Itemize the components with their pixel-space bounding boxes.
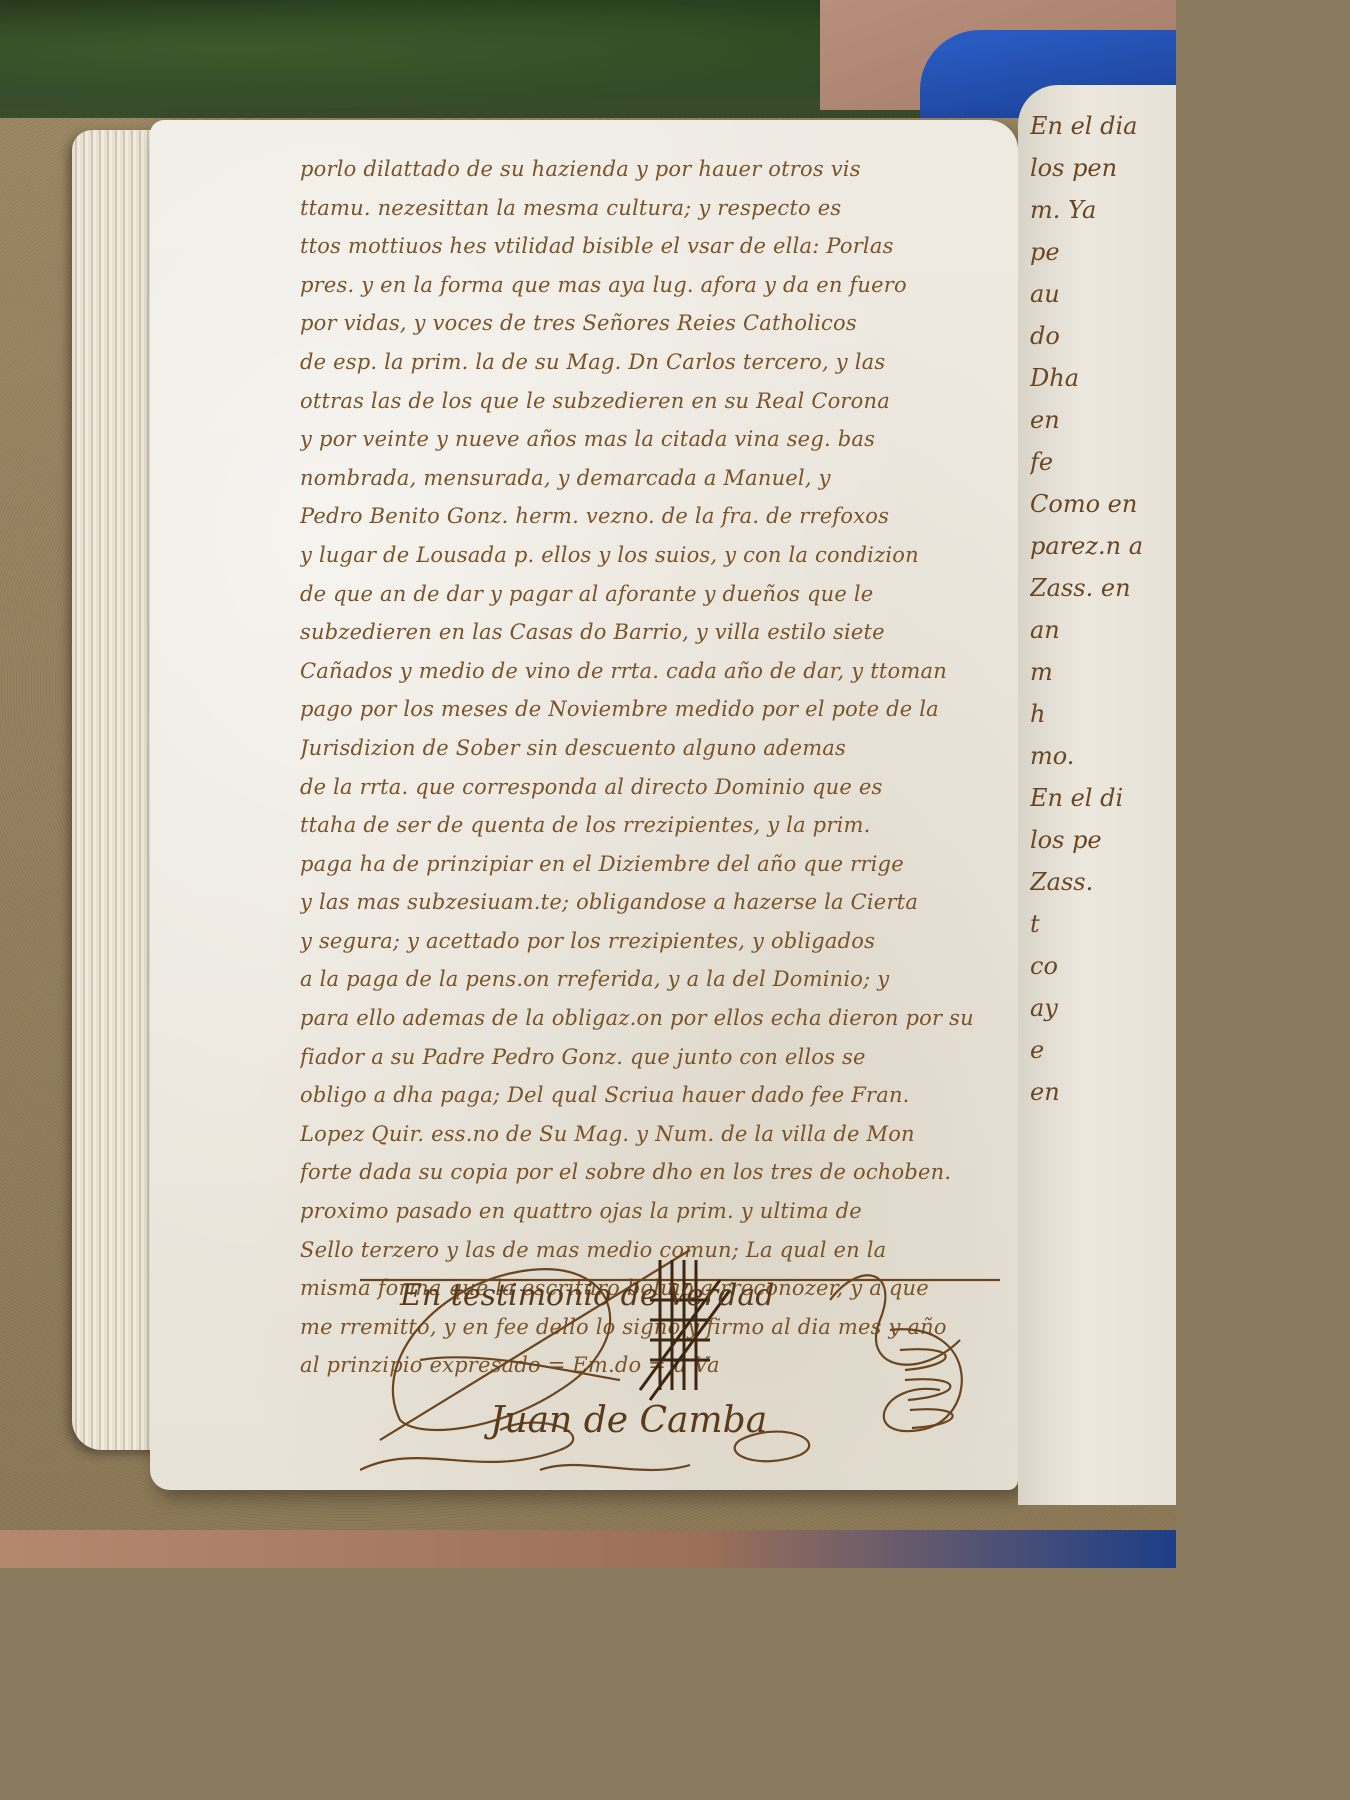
- manuscript-line: pago por los meses de Noviembre medido p…: [300, 690, 1000, 729]
- manuscript-line: paga ha de prinzipiar en el Diziembre de…: [300, 845, 1000, 884]
- manuscript-line: porlo dilattado de su hazienda y por hau…: [300, 150, 1000, 189]
- manuscript-line: y segura; y acettado por los rrezipiente…: [300, 922, 1000, 961]
- manuscript-line: los pen: [1030, 147, 1176, 189]
- manuscript-line: pe: [1030, 231, 1176, 273]
- manuscript-line: de esp. la prim. la de su Mag. Dn Carlos…: [300, 343, 1000, 382]
- signer-name: Juan de Camba: [490, 1400, 767, 1441]
- manuscript-line: Pedro Benito Gonz. herm. vezno. de la fr…: [300, 497, 1000, 536]
- manuscript-line: m. Ya: [1030, 189, 1176, 231]
- manuscript-line: y por veinte y nueve años mas la citada …: [300, 420, 1000, 459]
- manuscript-line: ottras las de los que le subzedieren en …: [300, 382, 1000, 421]
- manuscript-line: ttaha de ser de quenta de los rrezipient…: [300, 806, 1000, 845]
- rubric-flourishes-icon: [360, 1240, 1000, 1480]
- manuscript-line: de la rrta. que corresponda al directo D…: [300, 768, 1000, 807]
- manuscript-line: t: [1030, 903, 1176, 945]
- manuscript-line: Zass. en: [1030, 567, 1176, 609]
- manuscript-line: parez.n a: [1030, 525, 1176, 567]
- attestation-text: En testimonio de Verdad: [400, 1278, 774, 1313]
- right-page-text: En el dia los pen m. Ya pe au do Dha en …: [1030, 105, 1176, 1113]
- manuscript-line: y las mas subzesiuam.te; obligandose a h…: [300, 883, 1000, 922]
- manuscript-line: mo.: [1030, 735, 1176, 777]
- manuscript-line: Como en: [1030, 483, 1176, 525]
- manuscript-line: an: [1030, 609, 1176, 651]
- manuscript-line: au: [1030, 273, 1176, 315]
- manuscript-line: fe: [1030, 441, 1176, 483]
- manuscript-line: proximo pasado en quattro ojas la prim. …: [300, 1192, 1000, 1231]
- left-page-text: porlo dilattado de su hazienda y por hau…: [300, 150, 1000, 1385]
- manuscript-line: ttos mottiuos hes vtilidad bisible el vs…: [300, 227, 1000, 266]
- manuscript-line: Zass.: [1030, 861, 1176, 903]
- manuscript-line: m: [1030, 651, 1176, 693]
- manuscript-line: y lugar de Lousada p. ellos y los suios,…: [300, 536, 1000, 575]
- signature-block: En testimonio de Verdad Juan de Camba: [360, 1240, 1000, 1480]
- manuscript-line: co: [1030, 945, 1176, 987]
- manuscript-line: En el di: [1030, 777, 1176, 819]
- manuscript-line: en: [1030, 399, 1176, 441]
- manuscript-line: ttamu. nezesittan la mesma cultura; y re…: [300, 189, 1000, 228]
- manuscript-line: nombrada, mensurada, y demarcada a Manue…: [300, 459, 1000, 498]
- manuscript-line: los pe: [1030, 819, 1176, 861]
- manuscript-line: ay: [1030, 987, 1176, 1029]
- manuscript-line: En el dia: [1030, 105, 1176, 147]
- manuscript-line: Cañados y medio de vino de rrta. cada añ…: [300, 652, 1000, 691]
- manuscript-line: obligo a dha paga; Del qual Scriua hauer…: [300, 1076, 1000, 1115]
- manuscript-line: fiador a su Padre Pedro Gonz. que junto …: [300, 1038, 1000, 1077]
- floor-strip: [0, 1530, 1176, 1568]
- manuscript-line: de que an de dar y pagar al aforante y d…: [300, 575, 1000, 614]
- manuscript-line: Jurisdizion de Sober sin descuento algun…: [300, 729, 1000, 768]
- manuscript-line: Lopez Quir. ess.no de Su Mag. y Num. de …: [300, 1115, 1000, 1154]
- manuscript-line: en: [1030, 1071, 1176, 1113]
- manuscript-line: subzedieren en las Casas do Barrio, y vi…: [300, 613, 1000, 652]
- manuscript-line: para ello ademas de la obligaz.on por el…: [300, 999, 1000, 1038]
- manuscript-line: pres. y en la forma que mas aya lug. afo…: [300, 266, 1000, 305]
- manuscript-line: a la paga de la pens.on rreferida, y a l…: [300, 960, 1000, 999]
- manuscript-line: do: [1030, 315, 1176, 357]
- manuscript-line: por vidas, y voces de tres Señores Reies…: [300, 304, 1000, 343]
- manuscript-line: forte dada su copia por el sobre dho en …: [300, 1153, 1000, 1192]
- manuscript-line: e: [1030, 1029, 1176, 1071]
- manuscript-line: h: [1030, 693, 1176, 735]
- manuscript-line: Dha: [1030, 357, 1176, 399]
